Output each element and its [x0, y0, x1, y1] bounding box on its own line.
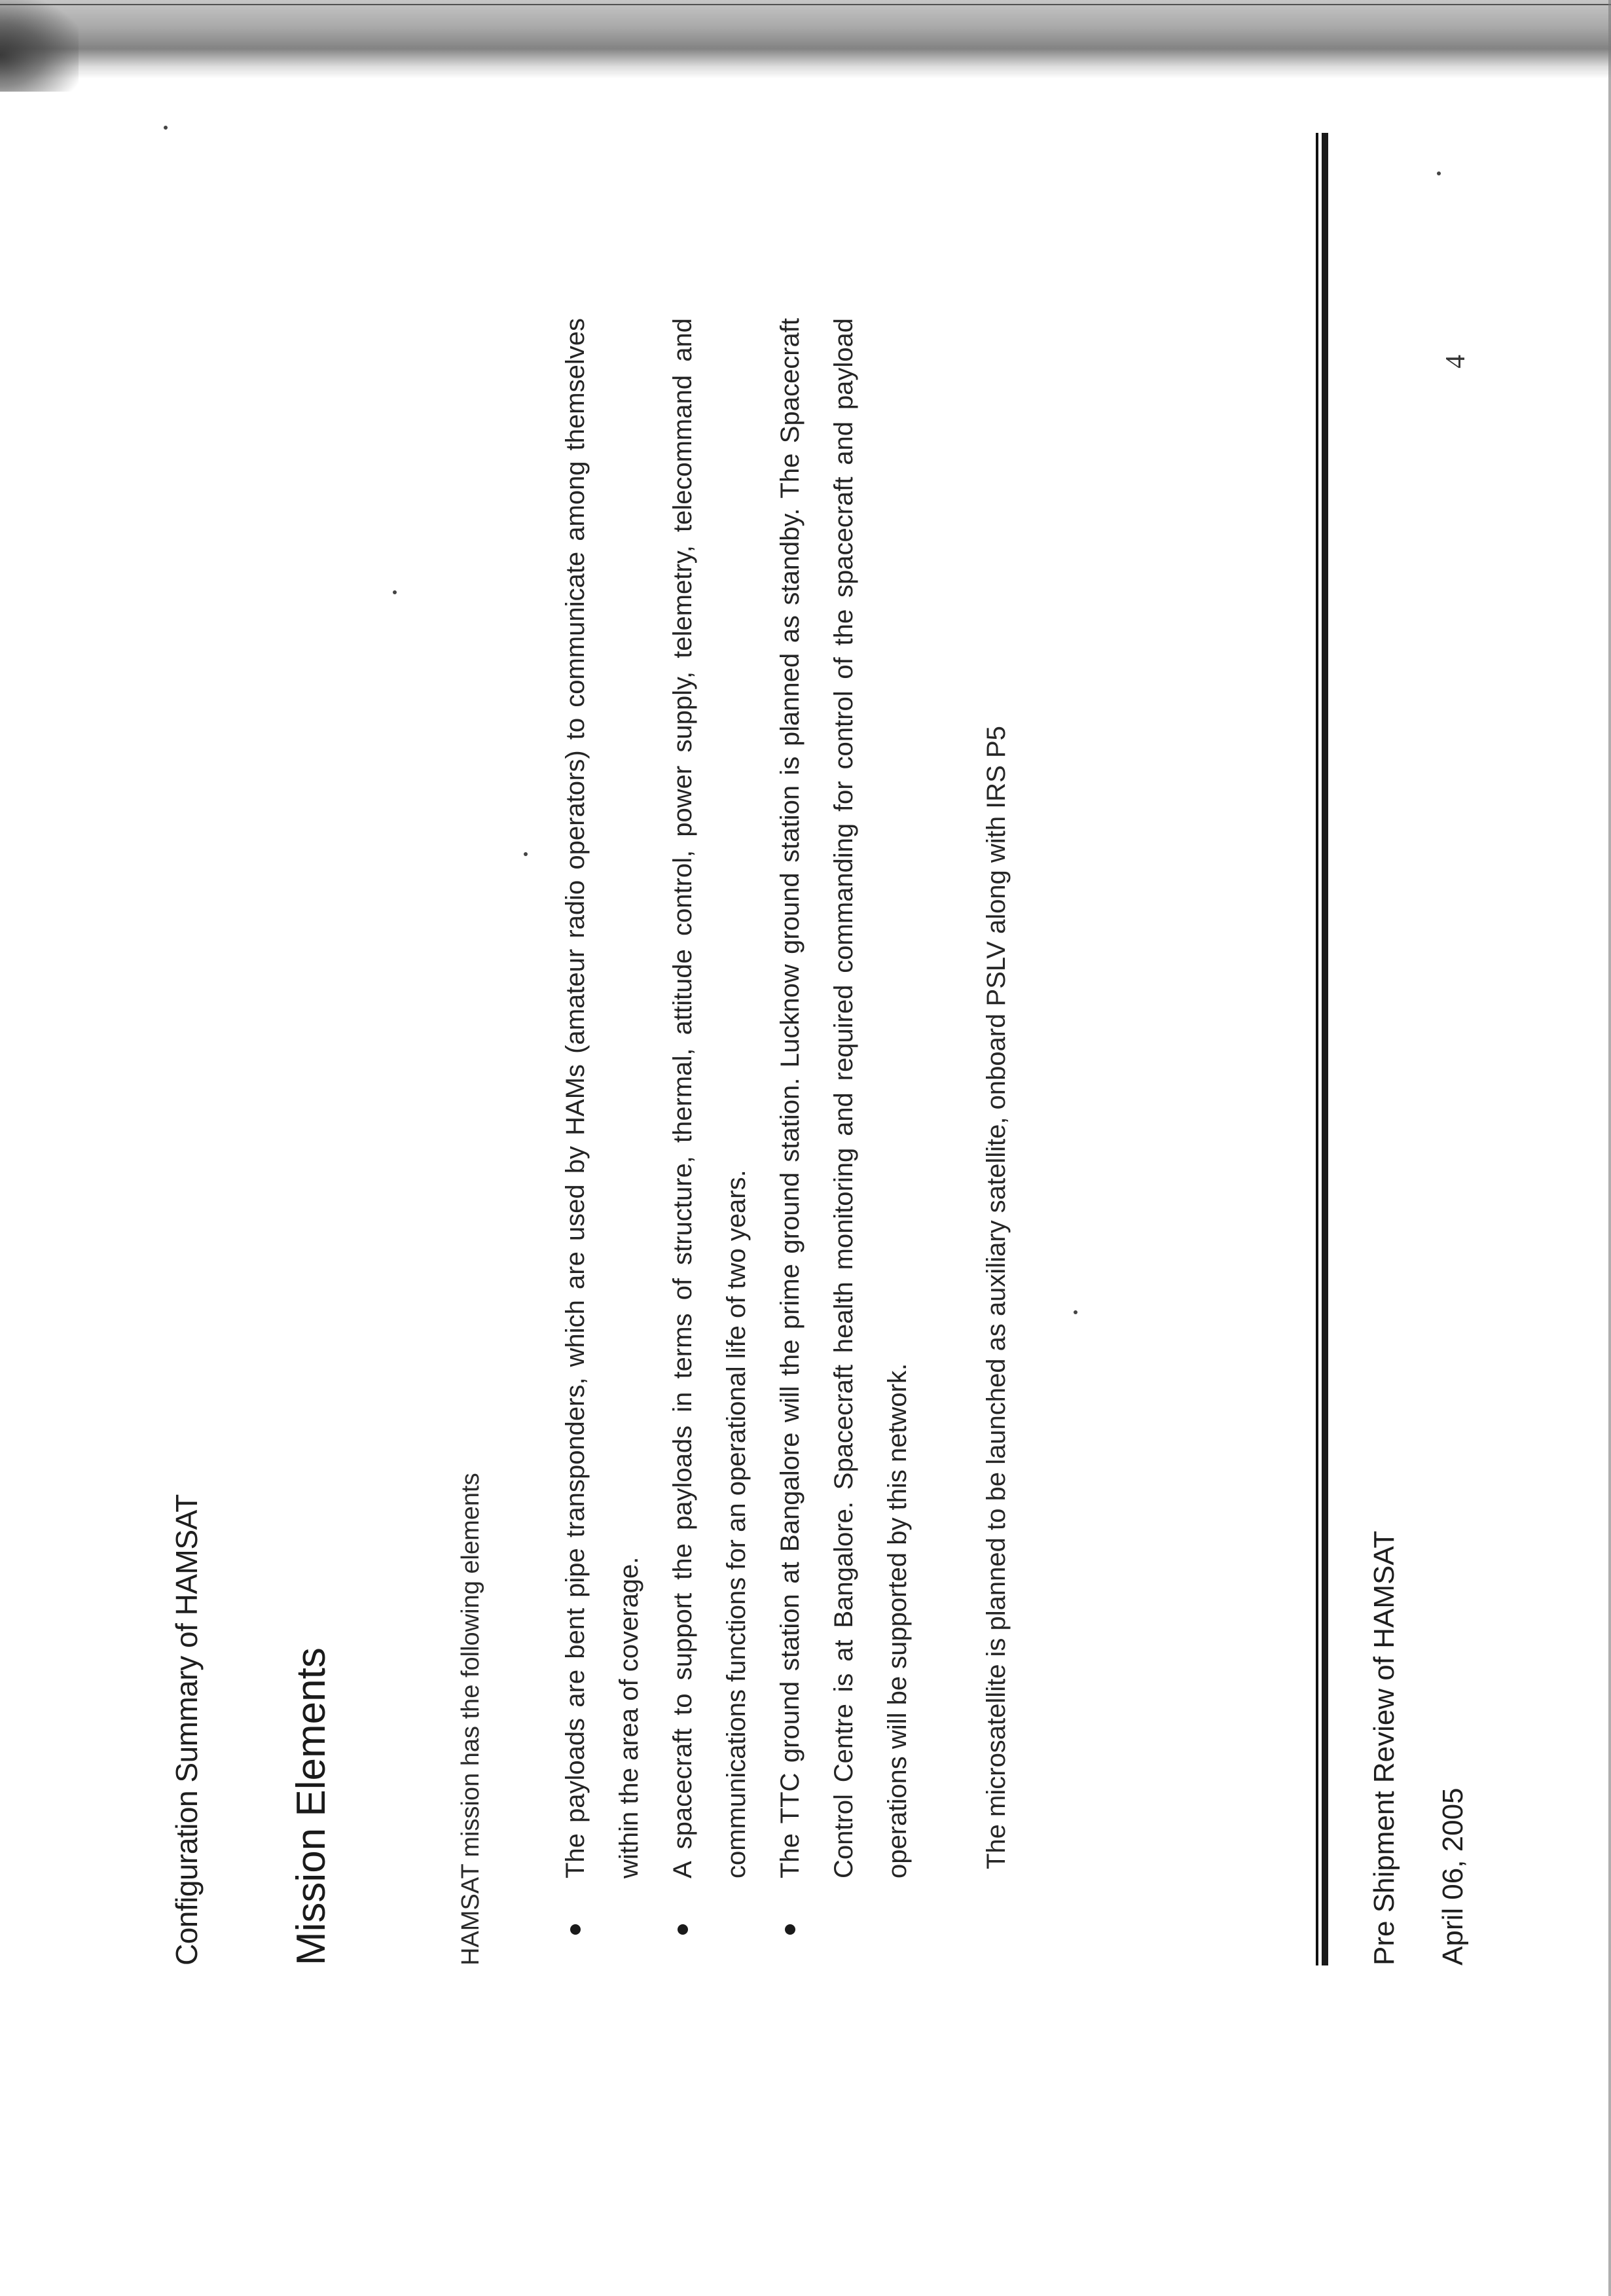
- mission-elements-list: The payloads are bent pipe transponders,…: [549, 318, 924, 1935]
- scan-speck: [524, 852, 528, 856]
- bullet-text: The TTC ground station at Bangalore will…: [776, 318, 912, 1878]
- header-title: Configuration Summary of HAMSAT: [169, 1494, 204, 1965]
- section-title: Mission Elements: [288, 1647, 335, 1965]
- page-number: 4: [1440, 355, 1472, 368]
- list-item: A spacecraft to support the payloads in …: [656, 318, 763, 1935]
- bullet-icon: [570, 1924, 581, 1935]
- bullet-icon: [678, 1924, 688, 1935]
- closing-text: The microsatellite is planned to be laun…: [982, 726, 1011, 1869]
- scan-speck: [1074, 1310, 1077, 1314]
- footer-title: Pre Shipment Review of HAMSAT: [1368, 1531, 1401, 1965]
- intro-text: HAMSAT mission has the following element…: [457, 1473, 485, 1965]
- list-item: The payloads are bent pipe transponders,…: [549, 318, 656, 1935]
- list-item: The TTC ground station at Bangalore will…: [763, 318, 924, 1935]
- footer-date: April 06, 2005: [1437, 1787, 1470, 1965]
- scan-speck: [164, 126, 168, 130]
- scan-speck: [1437, 171, 1441, 175]
- bullet-text: A spacecraft to support the payloads in …: [668, 318, 751, 1878]
- scan-speck: [393, 590, 397, 594]
- bullet-text: The payloads are bent pipe transponders,…: [561, 318, 643, 1878]
- footer-divider: [1316, 133, 1329, 1965]
- bullet-icon: [785, 1924, 795, 1935]
- footer-divider-thin: [1316, 133, 1318, 1965]
- document-page: Configuration Summary of HAMSAT Mission …: [0, 0, 1611, 2296]
- footer-divider-thick: [1322, 133, 1328, 1965]
